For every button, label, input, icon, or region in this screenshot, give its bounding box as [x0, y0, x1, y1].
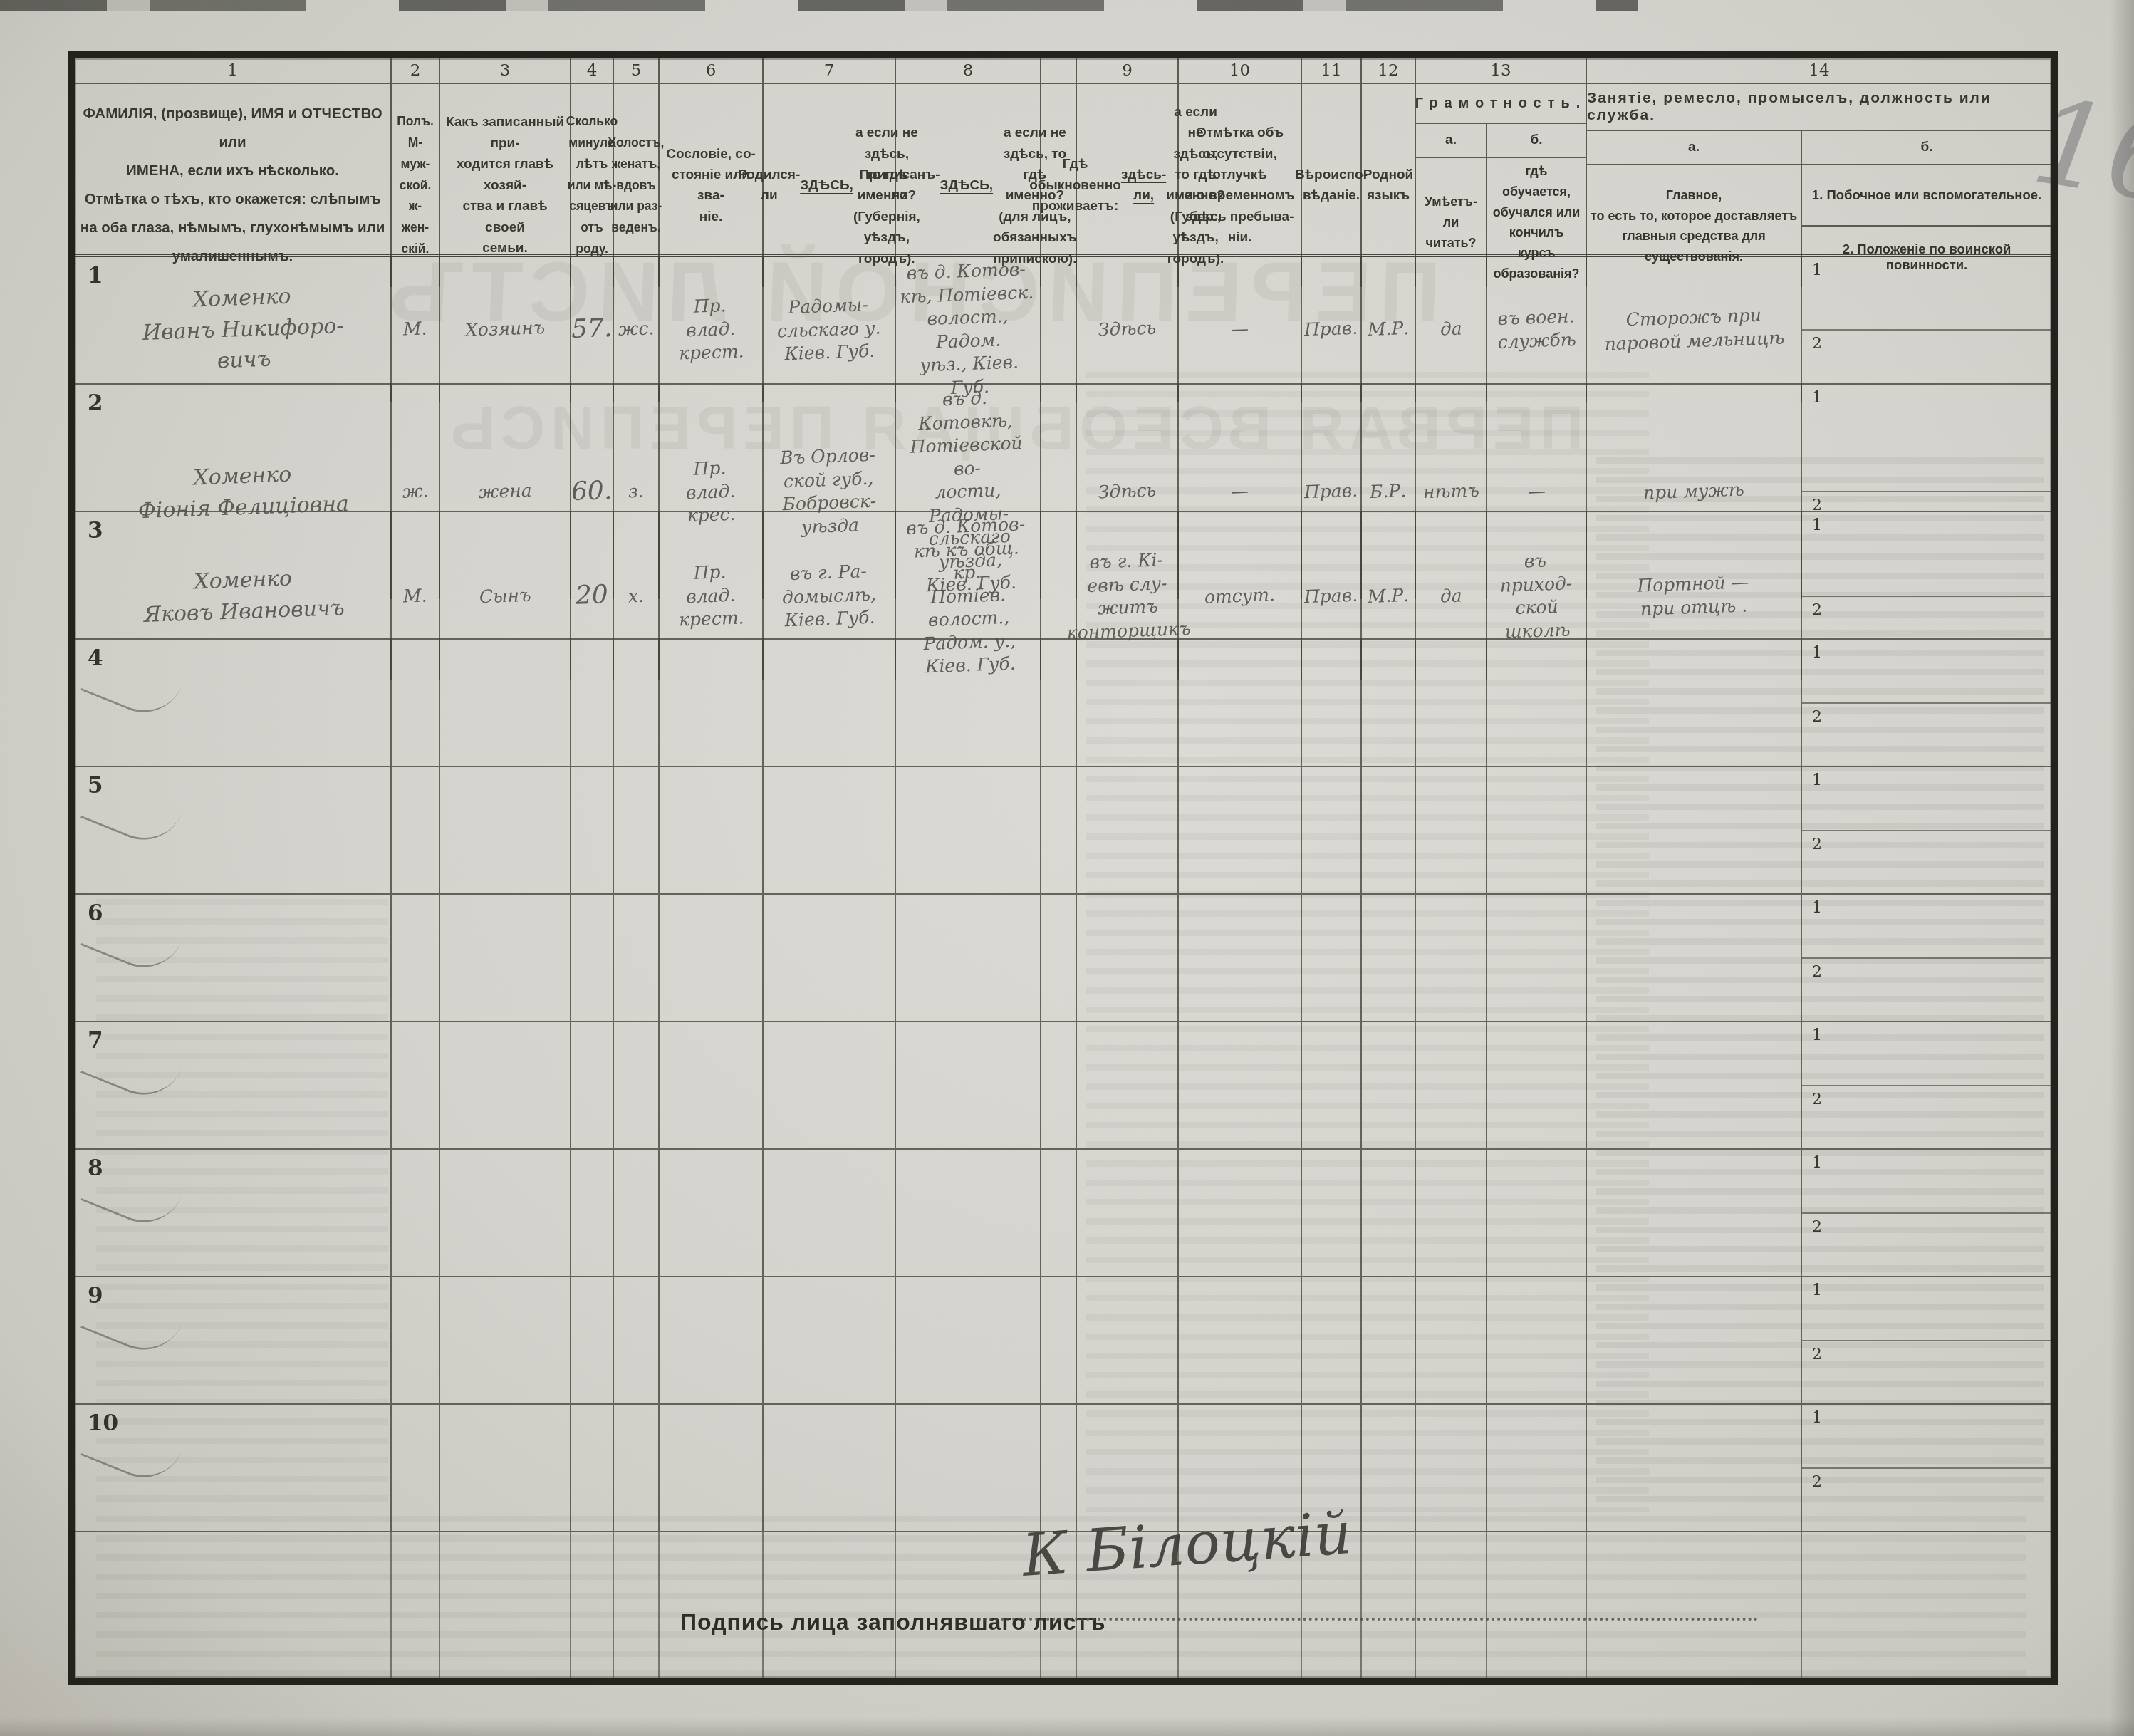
- strike-mark: [80, 779, 182, 852]
- row-number: 2: [88, 390, 103, 416]
- cell-education: [1487, 1150, 1587, 1276]
- cell-absence: [1179, 1150, 1302, 1276]
- col-number: 9: [1077, 58, 1179, 84]
- cell-religion: [1302, 1150, 1362, 1276]
- half-number: 2: [1812, 601, 1822, 619]
- fold-gap: [1041, 58, 1077, 84]
- cell-absence: [1179, 1277, 1302, 1403]
- cell-registration: [896, 1150, 1041, 1276]
- military-status-half: 2: [1802, 1469, 2051, 1532]
- header-underlined: здѣсь-ли,: [1121, 165, 1166, 207]
- cell-estate: [660, 640, 764, 766]
- cell-sex: [392, 1150, 440, 1276]
- cell-relation: Хозяинъ: [440, 257, 571, 402]
- cell-marital: [614, 1405, 660, 1531]
- cell-education: [1487, 1405, 1587, 1531]
- table-row: 9 1 2: [75, 1277, 2051, 1405]
- cell-age: [571, 640, 614, 766]
- cell-language: [1362, 1405, 1416, 1531]
- half-number: 1: [1812, 389, 1822, 407]
- sublabel-b: б.: [1487, 124, 1586, 158]
- military-status-half: 2: [1802, 704, 2051, 766]
- strike-mark: [80, 1034, 182, 1107]
- cell-name: 7: [75, 1022, 392, 1148]
- cell-marital: [614, 1022, 660, 1148]
- cell-education: въ воен. службѣ: [1487, 257, 1587, 402]
- col-number: 2: [392, 58, 440, 84]
- side-occupation-half: 1: [1802, 895, 2051, 959]
- military-status-half: 2: [1802, 831, 2051, 894]
- half-number: 2: [1812, 1346, 1822, 1363]
- cell-language: [1362, 1022, 1416, 1148]
- census-table: ПЕРЕПИСНОЙ ЛИСТЪ ПЕРВАЯ ВСЕОБЩАЯ ПЕРЕПИС…: [68, 51, 2058, 1685]
- cell-age: [571, 1277, 614, 1403]
- cell-registration: [896, 1022, 1041, 1148]
- table-body: 1 Хоменко Иванъ Никифоро- вичъ М. Хозяин…: [75, 257, 2051, 1532]
- half-number: 1: [1812, 899, 1822, 917]
- table-row: 5 1 2: [75, 767, 2051, 895]
- half-number: 2: [1812, 836, 1822, 853]
- cell-residence: Здѣсь: [1077, 257, 1179, 402]
- table-row: 4 1 2: [75, 640, 2051, 767]
- side-occupation-half: 1: [1802, 512, 2051, 597]
- cell-side-occupation: 1 2: [1802, 1405, 2051, 1531]
- sublabel-b: б.: [1802, 131, 2051, 165]
- cell-age: [571, 767, 614, 893]
- cell-registration: [896, 1405, 1041, 1531]
- cell-religion: [1302, 1022, 1362, 1148]
- cell-education: [1487, 767, 1587, 893]
- cell-relation: [440, 767, 571, 893]
- fold-gap: [1041, 1405, 1077, 1531]
- table-row: 10 1 2: [75, 1405, 2051, 1532]
- cell-age: [571, 1022, 614, 1148]
- cell-birthplace: [764, 895, 896, 1021]
- cell-side-occupation: 1 2: [1802, 895, 2051, 1021]
- cell-literacy: [1416, 767, 1487, 893]
- strike-mark: [80, 1416, 182, 1490]
- half-number: 2: [1812, 335, 1822, 353]
- cell-occupation: [1587, 767, 1802, 893]
- cell-language: [1362, 895, 1416, 1021]
- col-number: 11: [1302, 58, 1362, 84]
- fold-gap: [1041, 1022, 1077, 1148]
- cell-age: [571, 1405, 614, 1531]
- sublabel-a: а.: [1587, 131, 1801, 165]
- side-occupation-label: 1. Побочное или вспомогательное.: [1802, 165, 2051, 227]
- cell-residence: [1077, 1150, 1179, 1276]
- cell-birthplace: [764, 1150, 896, 1276]
- col-number: 6: [660, 58, 764, 84]
- cell-religion: [1302, 1277, 1362, 1403]
- cell-name: 9: [75, 1277, 392, 1403]
- strike-mark: [80, 651, 182, 724]
- side-occupation-half: 1: [1802, 1405, 2051, 1469]
- cell-marital: [614, 767, 660, 893]
- cell-literacy: [1416, 1022, 1487, 1148]
- header-underlined: ЗДѢСЬ,: [940, 175, 994, 196]
- sublabel-a: а.: [1416, 124, 1486, 158]
- fold-gap: [1041, 640, 1077, 766]
- cell-birthplace: [764, 767, 896, 893]
- col-number: 1: [75, 58, 392, 84]
- table-row: 2 Хоменко Фіонія Фелиціовна ж. жена 60. …: [75, 385, 2051, 512]
- cell-estate: [660, 1405, 764, 1531]
- cell-side-occupation: 1 2: [1802, 1022, 2051, 1148]
- cell-literacy: [1416, 1277, 1487, 1403]
- cell-relation: [440, 1277, 571, 1403]
- cell-absence: [1179, 767, 1302, 893]
- side-occupation-half: 1: [1802, 1022, 2051, 1086]
- cell-age: [571, 1150, 614, 1276]
- cell-sex: [392, 1277, 440, 1403]
- header-text: Родился-ли: [738, 165, 800, 207]
- side-occupation-half: 1: [1802, 257, 2051, 331]
- half-number: 2: [1812, 963, 1822, 981]
- cell-sex: [392, 640, 440, 766]
- cell-marital: жс.: [614, 257, 660, 402]
- cell-birthplace: [764, 640, 896, 766]
- cell-estate: [660, 895, 764, 1021]
- cell-occupation: Сторожъ при паровой мельницѣ: [1587, 257, 1802, 402]
- cell-estate: [660, 1150, 764, 1276]
- fold-gap: [1041, 895, 1077, 1021]
- fold-gap: [1041, 767, 1077, 893]
- fold-gap: [1041, 257, 1077, 402]
- cell-side-occupation: 1 2: [1802, 767, 2051, 893]
- col-number: 5: [614, 58, 660, 84]
- cell-name: 8: [75, 1150, 392, 1276]
- cell-occupation: [1587, 640, 1802, 766]
- cell-language: [1362, 767, 1416, 893]
- cell-literacy: [1416, 640, 1487, 766]
- cell-age: 57.: [571, 257, 614, 402]
- cell-absence: [1179, 640, 1302, 766]
- half-number: 2: [1812, 1473, 1822, 1491]
- cell-estate: [660, 767, 764, 893]
- cell-estate: [660, 1277, 764, 1403]
- header-text: Приписанъ-ли: [859, 165, 940, 207]
- half-number: 2: [1812, 1218, 1822, 1236]
- cell-language: М.Р.: [1362, 257, 1416, 402]
- signature-label: Подпись лица заполнявшаго листъ: [680, 1609, 1106, 1636]
- half-number: 1: [1812, 261, 1822, 279]
- strike-mark: [80, 1161, 182, 1235]
- military-status-half: 2: [1802, 1214, 2051, 1277]
- cell-absence: [1179, 1022, 1302, 1148]
- cell-relation: [440, 895, 571, 1021]
- scan-edge-top: [0, 0, 1638, 11]
- cell-sex: [392, 1022, 440, 1148]
- header-row: ФАМИЛІЯ, (прозвище), ИМЯ и ОТЧЕСТВО или …: [75, 84, 2051, 257]
- military-status-half: 2: [1802, 959, 2051, 1022]
- cell-sex: М.: [392, 257, 440, 402]
- col-number: 14: [1587, 58, 2051, 84]
- cell-religion: [1302, 767, 1362, 893]
- cell-marital: [614, 1277, 660, 1403]
- cell-marital: [614, 895, 660, 1021]
- table-row: 1 Хоменко Иванъ Никифоро- вичъ М. Хозяин…: [75, 257, 2051, 385]
- half-number: 1: [1812, 771, 1822, 789]
- cell-side-occupation: 1 2: [1802, 257, 2051, 402]
- row-number: 3: [88, 518, 103, 544]
- cell-registration: [896, 1277, 1041, 1403]
- col-number: 10: [1179, 58, 1302, 84]
- cell-side-occupation: 1 2: [1802, 1277, 2051, 1403]
- table-row: 3 Хоменко Яковъ Ивановичъ М. Сынъ 20 х. …: [75, 512, 2051, 640]
- cell-residence: [1077, 1022, 1179, 1148]
- cell-occupation: [1587, 1277, 1802, 1403]
- paper-edge-bottom: [0, 1717, 2134, 1736]
- half-number: 2: [1812, 708, 1822, 726]
- cell-relation: [440, 640, 571, 766]
- cell-language: [1362, 1277, 1416, 1403]
- half-number: 1: [1812, 1026, 1822, 1044]
- signature-line: [978, 1618, 1758, 1621]
- header-number-strip: 1 2 3 4 5 6 7 8 9 10 11 12 13 14: [75, 58, 2051, 84]
- cell-absence: —: [1179, 257, 1302, 402]
- half-number: 1: [1812, 516, 1822, 534]
- cell-birthplace: [764, 1022, 896, 1148]
- half-number: 1: [1812, 1409, 1822, 1427]
- cell-language: [1362, 1150, 1416, 1276]
- side-occupation-half: 1: [1802, 1150, 2051, 1214]
- cell-marital: [614, 1150, 660, 1276]
- cell-residence: [1077, 895, 1179, 1021]
- header-text: Гдѣ обыкновенно проживаетъ:: [1029, 154, 1121, 217]
- table-row: 8 1 2: [75, 1150, 2051, 1277]
- cell-name: 6: [75, 895, 392, 1021]
- paper-edge-right: [2110, 0, 2134, 1736]
- cell-religion: [1302, 640, 1362, 766]
- cell-religion: Прав.: [1302, 257, 1362, 402]
- col-number: 4: [571, 58, 614, 84]
- cell-registration: [896, 767, 1041, 893]
- military-status-half: 2: [1802, 1341, 2051, 1404]
- table-row: 7 1 2: [75, 1022, 2051, 1150]
- side-occupation-half: 1: [1802, 1277, 2051, 1341]
- half-number: 1: [1812, 644, 1822, 662]
- cell-relation: [440, 1150, 571, 1276]
- side-occupation-half: 1: [1802, 640, 2051, 704]
- literacy-title: Грамотность.: [1416, 84, 1586, 124]
- entry-name: Хоменко Иванъ Никифоро- вичъ: [141, 279, 345, 379]
- cell-estate: Пр. влад. крест.: [660, 257, 764, 402]
- table-row: 6 1 2: [75, 895, 2051, 1022]
- cell-sex: [392, 1405, 440, 1531]
- cell-literacy: да: [1416, 257, 1487, 402]
- col-number: 13: [1416, 58, 1587, 84]
- cell-literacy: [1416, 1405, 1487, 1531]
- cell-name: 10: [75, 1405, 392, 1531]
- row-number: 1: [88, 263, 103, 289]
- cell-sex: [392, 767, 440, 893]
- cell-literacy: [1416, 895, 1487, 1021]
- cell-relation: [440, 1405, 571, 1531]
- cell-birthplace: [764, 1405, 896, 1531]
- header-underlined: ЗДѢСЬ,: [800, 175, 853, 196]
- cell-side-occupation: 1 2: [1802, 1150, 2051, 1276]
- cell-age: [571, 895, 614, 1021]
- cell-occupation: [1587, 1022, 1802, 1148]
- cell-residence: [1077, 767, 1179, 893]
- fold-gap: [1041, 1277, 1077, 1403]
- cell-name: 1 Хоменко Иванъ Никифоро- вичъ: [75, 257, 392, 402]
- strike-mark: [80, 1289, 182, 1362]
- cell-registration: [896, 895, 1041, 1021]
- cell-estate: [660, 1022, 764, 1148]
- col-number: 12: [1362, 58, 1416, 84]
- cell-sex: [392, 895, 440, 1021]
- col-number: 8: [896, 58, 1041, 84]
- cell-absence: [1179, 895, 1302, 1021]
- cell-education: [1487, 1277, 1587, 1403]
- cell-registration: [896, 640, 1041, 766]
- side-occupation-half: 1: [1802, 767, 2051, 831]
- col-number: 3: [440, 58, 571, 84]
- cell-name: 5: [75, 767, 392, 893]
- cell-relation: [440, 1022, 571, 1148]
- half-number: 1: [1812, 1282, 1822, 1299]
- cell-birthplace: [764, 1277, 896, 1403]
- half-number: 1: [1812, 1154, 1822, 1172]
- cell-occupation: [1587, 895, 1802, 1021]
- cell-religion: [1302, 895, 1362, 1021]
- cell-marital: [614, 640, 660, 766]
- cell-education: [1487, 895, 1587, 1021]
- cell-education: [1487, 1022, 1587, 1148]
- side-occupation-half: 1: [1802, 385, 2051, 492]
- table-footer: Подпись лица заполнявшаго листъ К Білоцк…: [75, 1532, 2051, 1678]
- military-status-half: 2: [1802, 1086, 2051, 1149]
- cell-education: [1487, 640, 1587, 766]
- cell-language: [1362, 640, 1416, 766]
- occupation-title: Занятіе, ремесло, промыселъ, должность и…: [1587, 84, 2051, 131]
- col-number: 7: [764, 58, 896, 84]
- half-number: 2: [1812, 1091, 1822, 1108]
- cell-name: 4: [75, 640, 392, 766]
- cell-birthplace: Радомы- сльскаго у. Кіев. Губ.: [764, 257, 896, 402]
- cell-registration: въ д. Котов- кѣ, Потіевск. волост., Радо…: [896, 257, 1041, 402]
- cell-side-occupation: 1 2: [1802, 640, 2051, 766]
- entry-name: Хоменко Яковъ Ивановичъ: [142, 561, 345, 630]
- cell-literacy: [1416, 1150, 1487, 1276]
- cell-occupation: [1587, 1150, 1802, 1276]
- fold-gap: [1041, 1150, 1077, 1276]
- cell-residence: [1077, 640, 1179, 766]
- cell-residence: [1077, 1277, 1179, 1403]
- cell-occupation: [1587, 1405, 1802, 1531]
- census-form-scan: 166 ПЕРЕПИСНОЙ ЛИСТЪ ПЕРВАЯ ВСЕОБЩАЯ ПЕР…: [0, 0, 2134, 1736]
- strike-mark: [80, 906, 182, 979]
